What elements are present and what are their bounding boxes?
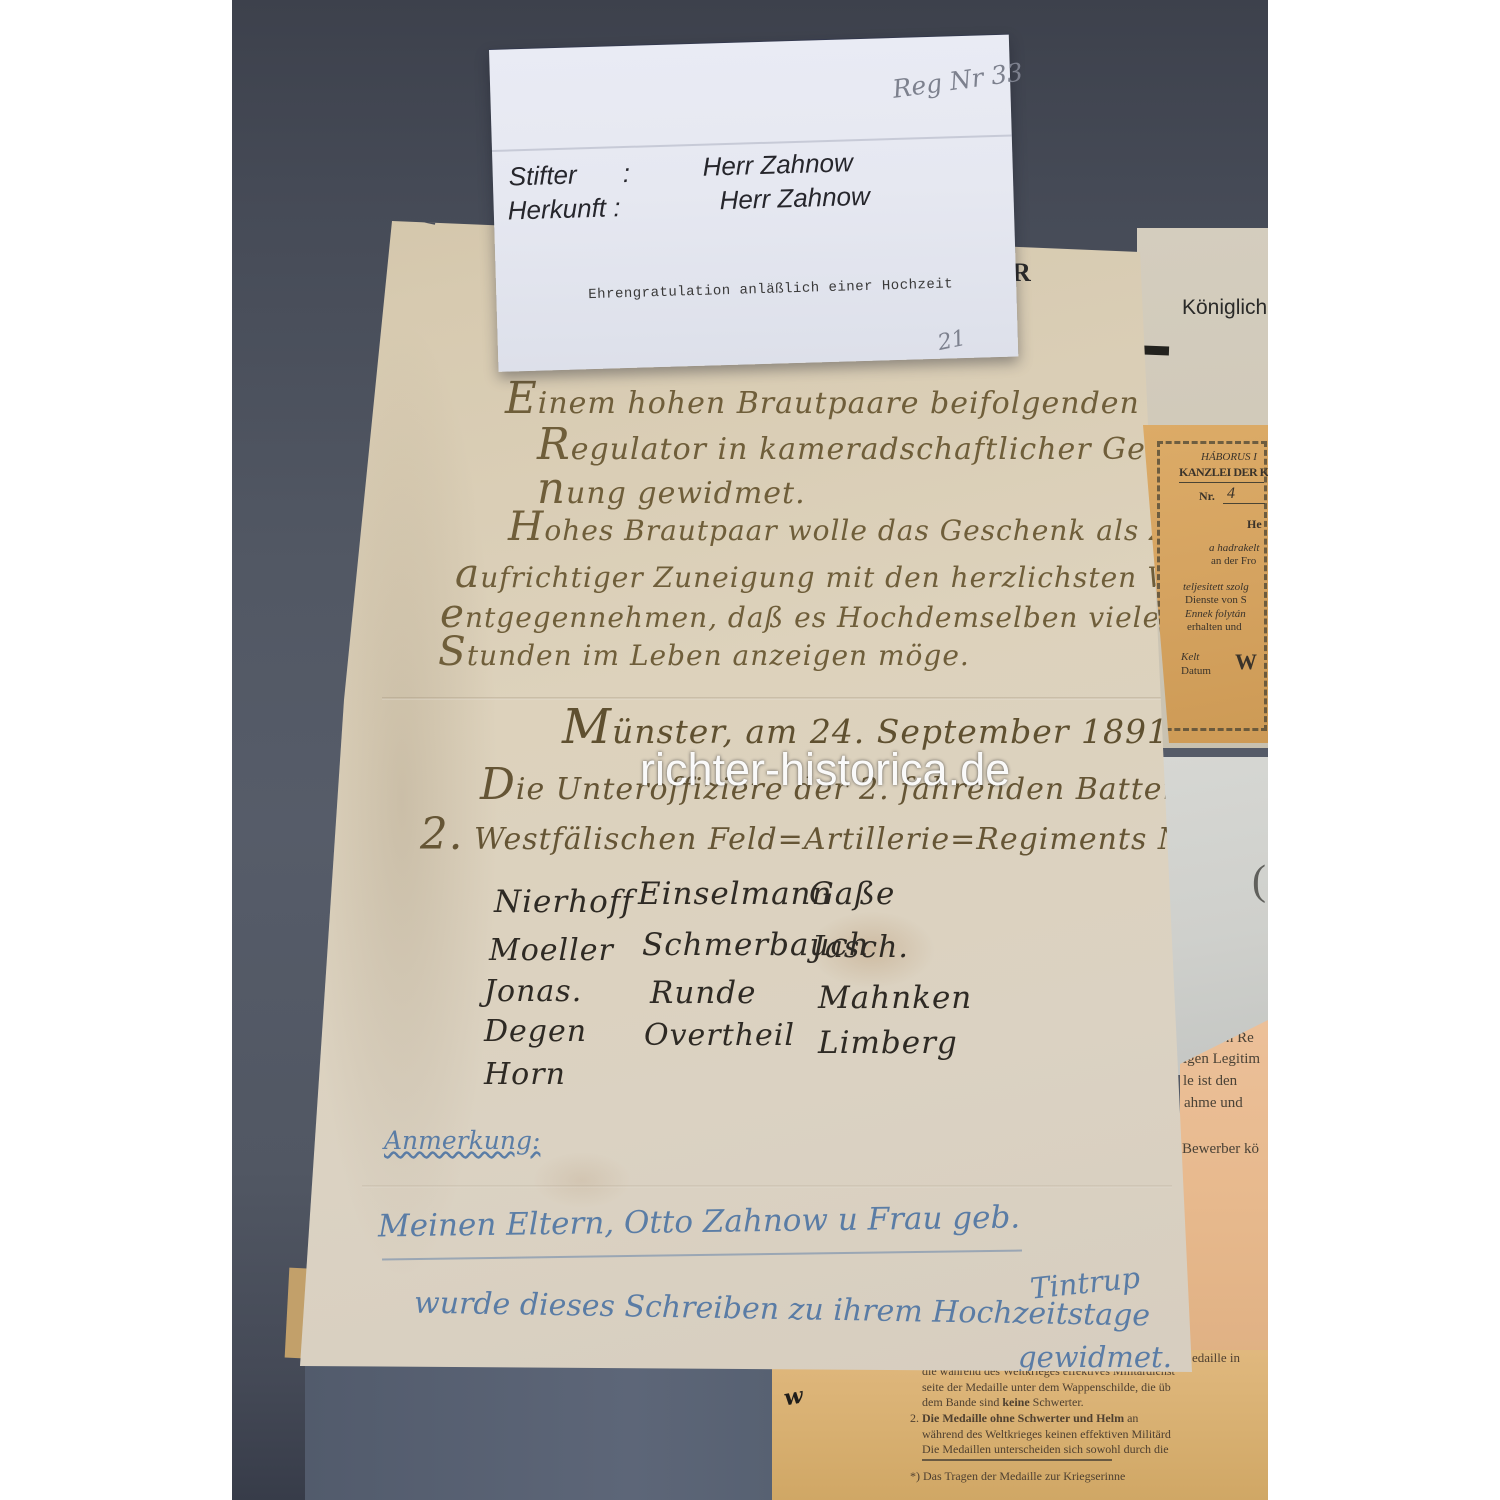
medaille-line: 2. Die Medaille ohne Schwerter und Helm … bbox=[910, 1411, 1138, 1426]
fold-crease bbox=[362, 1185, 1172, 1188]
stifter-label: Stifter bbox=[508, 159, 577, 192]
medaille-footnote: *) Das Tragen der Medaille zur Kriegseri… bbox=[910, 1469, 1125, 1484]
kanzlei-hu-line: Ennek folytán bbox=[1185, 608, 1246, 620]
note-underline bbox=[382, 1250, 1022, 1261]
kanzlei-hu-line: a hadrakelt bbox=[1209, 542, 1259, 554]
note-line: gewidmet. bbox=[1018, 1340, 1172, 1374]
medaille-line: dem Bande sind keine Schwerter. bbox=[922, 1395, 1084, 1410]
watermark: richter-historica.de bbox=[640, 744, 1010, 796]
kanzlei-hu-line: teljesitett szolg bbox=[1183, 581, 1249, 593]
letter-line: Stunden im Leben anzeigen möge. bbox=[438, 627, 970, 675]
letter-unit-line: 2. Westfälischen Feld=Artillerie=Regimen… bbox=[420, 810, 1265, 860]
herkunft-label: Herkunft : bbox=[507, 192, 621, 226]
peach-line: Bewerber kö bbox=[1182, 1141, 1259, 1158]
signature: Mahnken bbox=[818, 980, 972, 1016]
medaille-line: edaille in bbox=[1192, 1350, 1240, 1366]
kanzlei-title-hu: HÁBORUS I bbox=[1201, 451, 1257, 463]
signature: Moeller bbox=[489, 933, 614, 968]
peach-line: ahme und bbox=[1184, 1095, 1243, 1112]
herkunft-value: Herr Zahnow bbox=[719, 181, 870, 216]
signature: Overtheil bbox=[644, 1018, 795, 1053]
kanzlei-title-de: KANZLEI DER KRIE bbox=[1179, 465, 1268, 480]
note-line: Meinen Eltern, Otto Zahnow u Frau geb. bbox=[378, 1200, 1021, 1245]
kanzlei-de-line: erhalten und bbox=[1187, 621, 1242, 633]
nr-underline bbox=[1223, 503, 1265, 504]
datum-label: Datum bbox=[1181, 665, 1211, 677]
letter-line: Regulator in kameradschaftlicher Gesin= bbox=[537, 420, 1219, 470]
printed-dash-mark bbox=[1143, 346, 1169, 356]
kanzlei-herr: He bbox=[1247, 517, 1262, 532]
torn-edge-notch bbox=[417, 212, 436, 225]
stifter-colon: : bbox=[622, 158, 630, 189]
kanzlei-de-line: Dienste von S bbox=[1185, 594, 1247, 606]
signature: Limberg bbox=[818, 1025, 958, 1061]
signature: Einselmann bbox=[638, 876, 833, 912]
page-number: 21 bbox=[936, 326, 968, 356]
stifter-value: Herr Zahnow bbox=[702, 147, 853, 182]
subject-line: Ehrengratulation anläßlich einer Hochzei… bbox=[588, 276, 953, 303]
peach-document: m Herrn Re igen Legitim le ist den ahme … bbox=[1180, 1020, 1268, 1354]
medaille-document: edaille in die während des Weltkrieges e… bbox=[772, 1350, 1268, 1500]
peach-line: le ist den bbox=[1183, 1073, 1237, 1090]
table-slab bbox=[305, 1362, 772, 1500]
signature: Runde bbox=[650, 975, 756, 1011]
certificate-glyph: ( bbox=[1252, 857, 1266, 905]
kelt-label: Kelt bbox=[1181, 651, 1199, 663]
letter-line: Einem hohen Brautpaare beifolgenden bbox=[505, 374, 1140, 424]
footnote-rule bbox=[922, 1459, 1112, 1461]
registry-number: Reg Nr 33 bbox=[891, 57, 1025, 103]
signature: Jonas. bbox=[484, 974, 582, 1009]
kanzlei-initial: W bbox=[1235, 649, 1257, 675]
nr-label: Nr. bbox=[1199, 489, 1215, 504]
note-heading: Anmerkung: bbox=[384, 1126, 540, 1155]
medaille-line: während des Weltkrieges keinen effektive… bbox=[922, 1427, 1171, 1442]
nr-value: 4 bbox=[1227, 485, 1235, 503]
title-rule bbox=[1179, 482, 1264, 483]
signature: Jasch. bbox=[812, 930, 909, 965]
signature: Horn bbox=[484, 1057, 566, 1092]
kanzlei-de-line: an der Fro bbox=[1211, 555, 1256, 567]
signature: Nierhoff bbox=[494, 884, 634, 920]
label-card: Reg Nr 33 Stifter : Herr Zahnow Herkunft… bbox=[489, 35, 1018, 372]
signature: Degen bbox=[484, 1014, 587, 1049]
koeniglich-text: Königlich P bbox=[1182, 296, 1268, 320]
handwritten-mark: w bbox=[782, 1383, 805, 1412]
signature: Gaße bbox=[809, 876, 895, 912]
medaille-line: seite der Medaille unter dem Wappenschil… bbox=[922, 1380, 1171, 1395]
photo-canvas: Königlich P ( m Herrn Re igen Legitim le… bbox=[0, 0, 1500, 1500]
photo-of-documents: Königlich P ( m Herrn Re igen Legitim le… bbox=[232, 0, 1268, 1500]
medaille-line: Die Medaillen unterscheiden sich sowohl … bbox=[922, 1442, 1169, 1457]
